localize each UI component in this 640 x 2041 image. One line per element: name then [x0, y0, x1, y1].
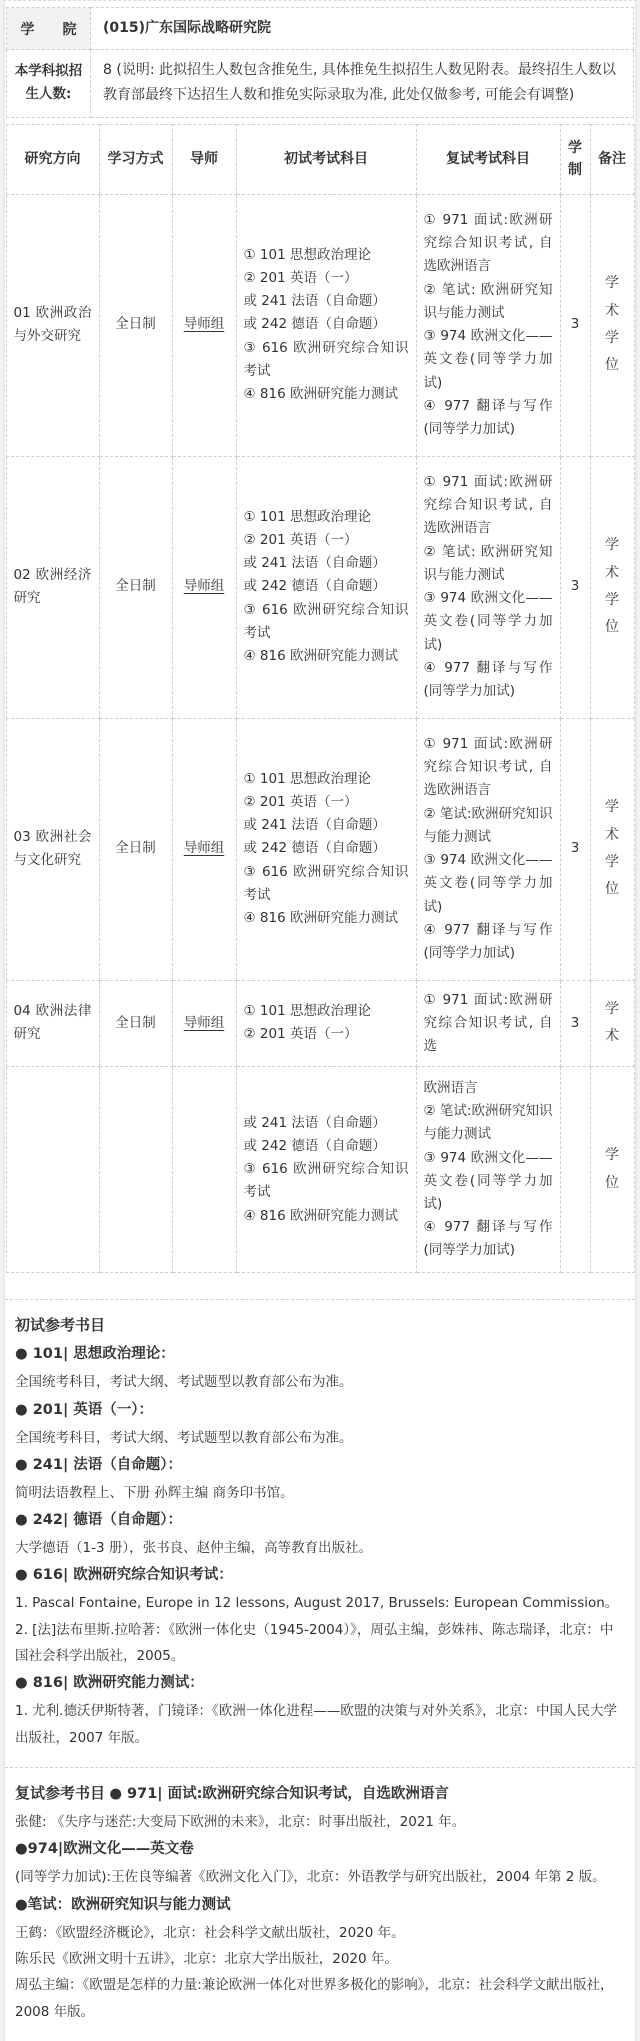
tutor-cell: 导师组	[172, 456, 236, 718]
exam-line: ② 201 英语（一）	[244, 529, 409, 552]
retest-books-section: 复试参考书目 ● 971| 面试:欧洲研究综合知识考试，自选欧洲语言 张健: 《…	[5, 1767, 635, 2041]
book-item-head: ●笔试：欧洲研究知识与能力测试	[15, 1891, 625, 1920]
exam-line: ① 971 面试:欧洲研究综合知识考试, 自选欧洲语言	[424, 209, 553, 279]
exam-line: 或 242 德语（自命题）	[244, 1135, 409, 1158]
initial-books-title: 初试参考书目	[15, 1310, 625, 1340]
exam-line: ① 971 面试:欧洲研究综合知识考试, 自选	[424, 989, 553, 1059]
tutor-cell	[172, 1067, 236, 1273]
exam-line: ③ 616 欧洲研究综合知识考试	[244, 861, 409, 907]
admissions-table: 研究方向 学习方式 导师 初试考试科目 复试考试科目 学制 备注 01 欧洲政治…	[6, 124, 635, 1274]
retest-exam-cell: ① 971 面试:欧洲研究综合知识考试, 自选欧洲语言 ② 笔试:欧洲研究知识与…	[416, 718, 560, 980]
exam-line: ④ 816 欧洲研究能力测试	[244, 1205, 409, 1228]
retest-exam-cell: ① 971 面试:欧洲研究综合知识考试, 自选	[416, 980, 560, 1067]
direction-cell: 02 欧洲经济研究	[6, 456, 99, 718]
college-info-table: 学 院 (015)广东国际战略研究院 本学科拟招生人数: 8 (说明: 此拟招生…	[6, 7, 634, 118]
col-header-mode: 学习方式	[99, 124, 172, 194]
exam-line: ② 笔试: 欧洲研究知识与能力测试	[424, 541, 553, 587]
exam-line: ④ 977 翻译与写作(同等学力加试)	[424, 657, 553, 703]
book-item-line: 2. [法]法布里斯.拉哈著：《欧洲一体化史（1945-2004）》，周弘主编，…	[15, 1617, 625, 1670]
exam-line: ③ 974 欧洲文化——英文卷(同等学力加试)	[424, 849, 553, 919]
book-item-line: 大学德语（1-3 册），张书良、赵仲主编，高等教育出版社。	[15, 1535, 625, 1561]
remark-text: 学术学位	[605, 270, 620, 379]
tutor-cell: 导师组	[172, 194, 236, 456]
exam-line: ② 笔试:欧洲研究知识与能力测试	[424, 1100, 553, 1146]
college-value: (015)广东国际战略研究院	[91, 8, 634, 50]
retest-exam-cell: ① 971 面试:欧洲研究综合知识考试, 自选欧洲语言 ② 笔试: 欧洲研究知识…	[416, 456, 560, 718]
duration-cell: 3	[560, 980, 590, 1067]
initial-exam-cell: ① 101 思想政治理论 ② 201 英语（一）	[236, 980, 416, 1067]
book-item-line: 全国统考科目，考试大纲、考试题型以教育部公布为准。	[15, 1369, 625, 1395]
direction-cell: 04 欧洲法律研究	[6, 980, 99, 1067]
study-mode-cell	[99, 1067, 172, 1273]
exam-line: 欧洲语言	[424, 1077, 553, 1100]
exam-line: ② 201 英语（一）	[244, 1023, 409, 1046]
book-item-head: ● 242| 德语（自命题）：	[15, 1506, 625, 1535]
initial-exam-cell: ① 101 思想政治理论 ② 201 英语（一） 或 241 法语（自命题） 或…	[236, 456, 416, 718]
tutor-group-link[interactable]: 导师组	[184, 578, 225, 594]
remark-cell: 学术学位	[590, 456, 634, 718]
college-row: 学 院 (015)广东国际战略研究院	[7, 8, 634, 50]
direction-cell: 01 欧洲政治与外交研究	[6, 194, 99, 456]
exam-line: ① 101 思想政治理论	[244, 1000, 409, 1023]
book-item-line: 全国统考科目，考试大纲、考试题型以教育部公布为准。	[15, 1425, 625, 1451]
retest-books-title-line: 复试参考书目 ● 971| 面试:欧洲研究综合知识考试，自选欧洲语言	[15, 1778, 625, 1809]
exam-line: ② 笔试: 欧洲研究知识与能力测试	[424, 279, 553, 325]
book-item-head: ● 816| 欧洲研究能力测试：	[15, 1669, 625, 1698]
book-item-line: 周弘主编：《欧盟是怎样的力量:兼论欧洲一体化对世界多极化的影响》，北京：社会科学…	[15, 1972, 625, 2025]
duration-cell: 3	[560, 718, 590, 980]
table-row: 02 欧洲经济研究 全日制 导师组 ① 101 思想政治理论 ② 201 英语（…	[6, 456, 634, 718]
table-row: 04 欧洲法律研究 全日制 导师组 ① 101 思想政治理论 ② 201 英语（…	[6, 980, 634, 1067]
exam-line: ① 101 思想政治理论	[244, 768, 409, 791]
exam-line: 或 241 法语（自命题）	[244, 1112, 409, 1135]
remark-text: 学位	[605, 1142, 620, 1197]
initial-exam-cell: ① 101 思想政治理论 ② 201 英语（一） 或 241 法语（自命题） 或…	[236, 194, 416, 456]
exam-line: 或 242 德语（自命题）	[244, 837, 409, 860]
remark-text: 学术学位	[605, 532, 620, 641]
book-item-line: 王鹤：《欧盟经济概论》，北京：社会科学文献出版社，2020 年。	[15, 1920, 625, 1946]
quota-value: 8 (说明: 此拟招生人数包含推免生, 具体推免生拟招生人数见附表。最终招生人数…	[91, 50, 634, 117]
exam-line: ④ 977 翻译与写作(同等学力加试)	[424, 395, 553, 441]
tutor-cell: 导师组	[172, 980, 236, 1067]
col-header-retest-exam: 复试考试科目	[416, 124, 560, 194]
exam-line: ① 971 面试:欧洲研究综合知识考试, 自选欧洲语言	[424, 733, 553, 803]
remark-cell: 学位	[590, 1067, 634, 1273]
remark-cell: 学术	[590, 980, 634, 1067]
table-row: 或 241 法语（自命题） 或 242 德语（自命题） ③ 616 欧洲研究综合…	[6, 1067, 634, 1273]
exam-line: ② 笔试:欧洲研究知识与能力测试	[424, 803, 553, 849]
study-mode-cell: 全日制	[99, 194, 172, 456]
exam-line: ① 101 思想政治理论	[244, 506, 409, 529]
exam-line: ③ 974 欧洲文化——英文卷(同等学力加试)	[424, 1147, 553, 1217]
direction-cell: 03 欧洲社会与文化研究	[6, 718, 99, 980]
exam-line: ② 201 英语（一）	[244, 791, 409, 814]
college-label: 学 院	[7, 8, 91, 50]
remark-cell: 学术学位	[590, 194, 634, 456]
remark-text: 学术学位	[605, 794, 620, 903]
quota-label: 本学科拟招生人数:	[7, 50, 91, 117]
retest-exam-cell: ① 971 面试:欧洲研究综合知识考试, 自选欧洲语言 ② 笔试: 欧洲研究知识…	[416, 194, 560, 456]
exam-line: ③ 616 欧洲研究综合知识考试	[244, 1158, 409, 1204]
exam-line: ③ 616 欧洲研究综合知识考试	[244, 599, 409, 645]
book-item-line: 陈乐民《欧洲文明十五讲》，北京：北京大学出版社，2020 年。	[15, 1946, 625, 1972]
book-item-head: ● 201| 英语（一）：	[15, 1396, 625, 1425]
tutor-cell: 导师组	[172, 718, 236, 980]
book-item-line: (同等学力加试):王佐良等编著《欧洲文化入门》，北京：外语教学与研究出版社，20…	[15, 1864, 625, 1890]
retest-exam-cell: 欧洲语言 ② 笔试:欧洲研究知识与能力测试 ③ 974 欧洲文化——英文卷(同等…	[416, 1067, 560, 1273]
tutor-group-link[interactable]: 导师组	[184, 840, 225, 856]
remark-cell: 学术学位	[590, 718, 634, 980]
exam-line: ④ 816 欧洲研究能力测试	[244, 645, 409, 668]
tutor-group-link[interactable]: 导师组	[184, 316, 225, 332]
book-item-line: 简明法语教程上、下册 孙辉主编 商务印书馆。	[15, 1480, 625, 1506]
duration-cell: 3	[560, 194, 590, 456]
exam-line: 或 241 法语（自命题）	[244, 290, 409, 313]
exam-line: 或 241 法语（自命题）	[244, 814, 409, 837]
quota-row: 本学科拟招生人数: 8 (说明: 此拟招生人数包含推免生, 具体推免生拟招生人数…	[7, 50, 634, 117]
col-header-initial-exam: 初试考试科目	[236, 124, 416, 194]
exam-line: ④ 977 翻译与写作(同等学力加试)	[424, 1216, 553, 1262]
book-item-line: 张健: 《失序与迷茫:大变局下欧洲的未来》，北京：时事出版社，2021 年。	[15, 1809, 625, 1835]
exam-line: ③ 616 欧洲研究综合知识考试	[244, 337, 409, 383]
col-header-duration: 学制	[560, 124, 590, 194]
study-mode-cell: 全日制	[99, 980, 172, 1067]
col-header-tutor: 导师	[172, 124, 236, 194]
study-mode-cell: 全日制	[99, 718, 172, 980]
admissions-page: 学 院 (015)广东国际战略研究院 本学科拟招生人数: 8 (说明: 此拟招生…	[3, 0, 637, 2041]
book-item-head: ● 616| 欧洲研究综合知识考试：	[15, 1561, 625, 1590]
exam-line: ① 101 思想政治理论	[244, 244, 409, 267]
table-row: 01 欧洲政治与外交研究 全日制 导师组 ① 101 思想政治理论 ② 201 …	[6, 194, 634, 456]
duration-cell	[560, 1067, 590, 1273]
direction-cell	[6, 1067, 99, 1273]
exam-line: ④ 816 欧洲研究能力测试	[244, 907, 409, 930]
col-header-remark: 备注	[590, 124, 634, 194]
table-row: 03 欧洲社会与文化研究 全日制 导师组 ① 101 思想政治理论 ② 201 …	[6, 718, 634, 980]
initial-exam-cell: ① 101 思想政治理论 ② 201 英语（一） 或 241 法语（自命题） 或…	[236, 718, 416, 980]
retest-books-title: 复试参考书目	[15, 1784, 105, 1802]
exam-line: ② 201 英语（一）	[244, 267, 409, 290]
initial-books-section: 初试参考书目 ● 101| 思想政治理论： 全国统考科目，考试大纲、考试题型以教…	[5, 1299, 635, 1767]
exam-line: ③ 974 欧洲文化——英文卷(同等学力加试)	[424, 325, 553, 395]
exam-line: 或 242 德语（自命题）	[244, 313, 409, 336]
table-header-row: 研究方向 学习方式 导师 初试考试科目 复试考试科目 学制 备注	[6, 124, 634, 194]
remark-text: 学术	[605, 996, 620, 1051]
exam-line: ④ 977 翻译与写作(同等学力加试)	[424, 919, 553, 965]
study-mode-cell: 全日制	[99, 456, 172, 718]
duration-cell: 3	[560, 456, 590, 718]
col-header-direction: 研究方向	[6, 124, 99, 194]
exam-line: 或 241 法语（自命题）	[244, 552, 409, 575]
exam-line: 或 242 德语（自命题）	[244, 575, 409, 598]
book-item-head: ●974|欧洲文化——英文卷	[15, 1835, 625, 1864]
book-item-head: ● 971| 面试:欧洲研究综合知识考试，自选欧洲语言	[109, 1786, 449, 1802]
book-item-line: 1. 尤利.德沃伊斯特著，门镜译：《欧洲一体化进程——欧盟的决策与对外关系》，北…	[15, 1698, 625, 1751]
book-item-head: ● 101| 思想政治理论：	[15, 1340, 625, 1369]
initial-exam-cell: 或 241 法语（自命题） 或 242 德语（自命题） ③ 616 欧洲研究综合…	[236, 1067, 416, 1273]
book-item-head: ● 241| 法语（自命题）：	[15, 1451, 625, 1480]
exam-line: ④ 816 欧洲研究能力测试	[244, 383, 409, 406]
exam-line: ③ 974 欧洲文化——英文卷(同等学力加试)	[424, 587, 553, 657]
tutor-group-link[interactable]: 导师组	[184, 1015, 225, 1031]
book-item-line: 1. Pascal Fontaine, Europe in 12 lessons…	[15, 1590, 625, 1616]
exam-line: ① 971 面试:欧洲研究综合知识考试, 自选欧洲语言	[424, 471, 553, 541]
